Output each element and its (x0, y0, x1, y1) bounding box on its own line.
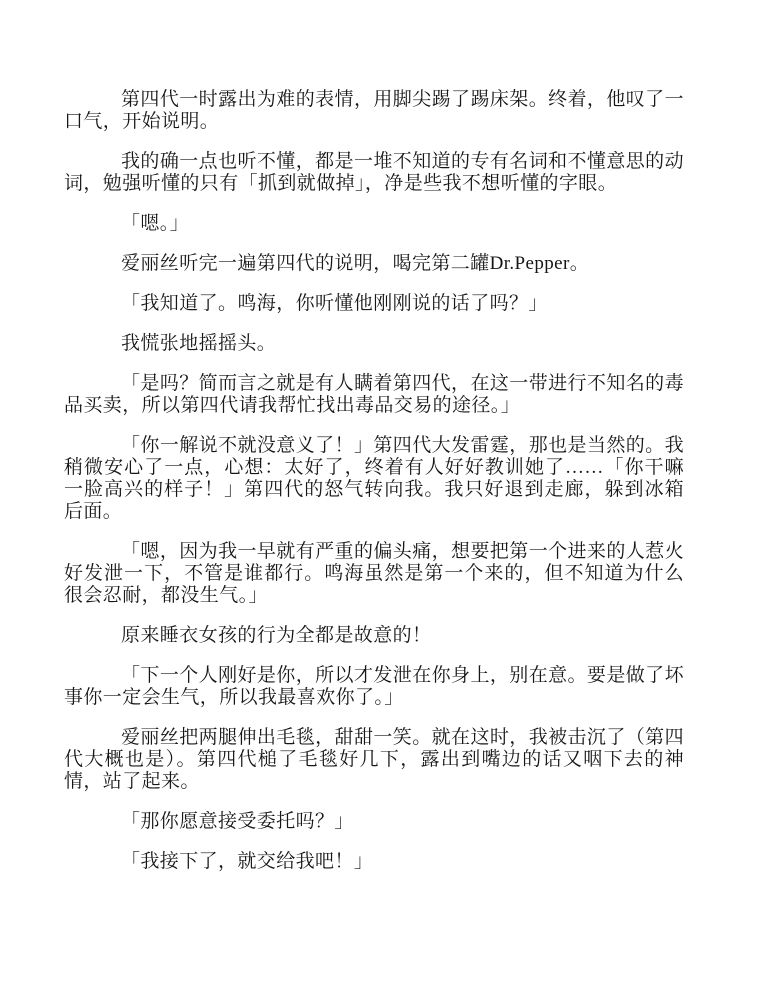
paragraph: 「你一解说不就没意义了！」第四代大发雷霆，那也是当然的。我稍微安心了一点，心想：… (64, 435, 684, 523)
paragraph: 「嗯，因为我一早就有严重的偏头痛，想要把第一个进来的人惹火好发泄一下，不管是谁都… (64, 541, 684, 607)
paragraph: 原来睡衣女孩的行为全都是故意的！ (64, 625, 684, 647)
document-page: 第四代一时露出为难的表情，用脚尖踢了踢床架。终着，他叹了一口气，开始说明。 我的… (0, 0, 765, 990)
paragraph: 「我接下了，就交给我吧！」 (64, 851, 684, 873)
paragraph: 「嗯。」 (64, 213, 684, 235)
paragraph: 爱丽丝把两腿伸出毛毯，甜甜一笑。就在这时，我被击沉了（第四代大概也是）。第四代槌… (64, 727, 684, 793)
paragraph: 第四代一时露出为难的表情，用脚尖踢了踢床架。终着，他叹了一口气，开始说明。 (64, 89, 684, 133)
paragraph: 「我知道了。鸣海，你听懂他刚刚说的话了吗？」 (64, 293, 684, 315)
paragraph: 「下一个人刚好是你，所以才发泄在你身上，别在意。要是做了坏事你一定会生气，所以我… (64, 665, 684, 709)
paragraph: 我慌张地摇摇头。 (64, 333, 684, 355)
paragraph: 爱丽丝听完一遍第四代的说明，喝完第二罐Dr.Pepper。 (64, 253, 684, 275)
paragraph: 「那你愿意接受委托吗？」 (64, 811, 684, 833)
paragraph: 我的确一点也听不懂，都是一堆不知道的专有名词和不懂意思的动词，勉强听懂的只有「抓… (64, 151, 684, 195)
text-column: 第四代一时露出为难的表情，用脚尖踢了踢床架。终着，他叹了一口气，开始说明。 我的… (64, 89, 684, 891)
paragraph: 「是吗？简而言之就是有人瞒着第四代，在这一带进行不知名的毒品买卖，所以第四代请我… (64, 373, 684, 417)
